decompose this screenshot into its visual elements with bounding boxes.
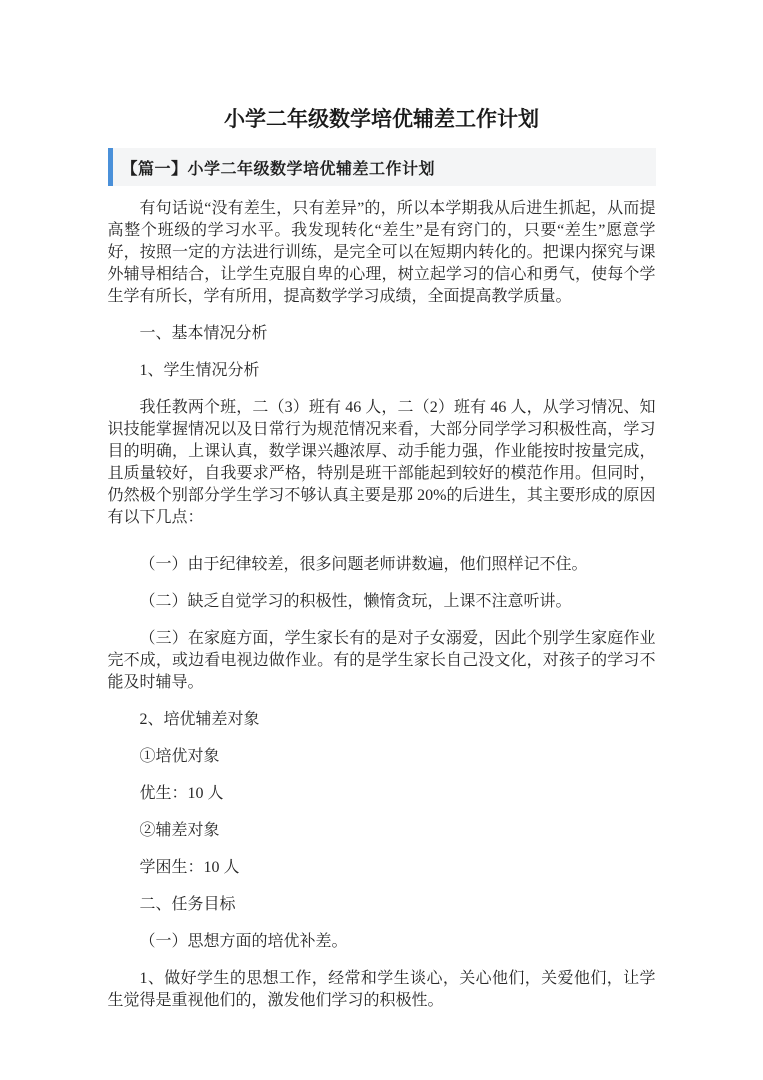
- paragraph: （三）在家庭方面，学生家长有的是对子女溺爱，因此个别学生家庭作业完不成，或边看电…: [108, 628, 656, 694]
- paragraph: 一、基本情况分析: [108, 323, 656, 345]
- blank-line: [108, 544, 656, 554]
- paragraph: 有句话说“没有差生，只有差异”的，所以本学期我从后进生抓起，从而提高整个班级的学…: [108, 198, 656, 308]
- paragraph: （一）思想方面的培优补差。: [108, 931, 656, 953]
- paragraph: 二、任务目标: [108, 894, 656, 916]
- paragraph: ②辅差对象: [108, 820, 656, 842]
- paragraph: ①培优对象: [108, 746, 656, 768]
- paragraph: （二）缺乏自觉学习的积极性，懒惰贪玩，上课不注意听讲。: [108, 591, 656, 613]
- paragraph: 我任教两个班，二（3）班有 46 人，二（2）班有 46 人，从学习情况、知识技…: [108, 397, 656, 529]
- paragraph: （一）由于纪律较差，很多问题老师讲数遍，他们照样记不住。: [108, 554, 656, 576]
- paragraph: 1、学生情况分析: [108, 360, 656, 382]
- paragraph: 学困生：10 人: [108, 857, 656, 879]
- paragraph: 优生：10 人: [108, 783, 656, 805]
- paragraph: 1、做好学生的思想工作，经常和学生谈心，关心他们，关爱他们，让学生觉得是重视他们…: [108, 968, 656, 1012]
- document-body: 有句话说“没有差生，只有差异”的，所以本学期我从后进生抓起，从而提高整个班级的学…: [108, 186, 656, 1012]
- section-header-label: 【篇一】小学二年级数学培优辅差工作计划: [122, 156, 436, 179]
- page-title: 小学二年级数学培优辅差工作计划: [108, 106, 656, 132]
- document-page: 小学二年级数学培优辅差工作计划 【篇一】小学二年级数学培优辅差工作计划 有句话说…: [108, 0, 656, 1012]
- section-header: 【篇一】小学二年级数学培优辅差工作计划: [108, 148, 656, 186]
- paragraph: 2、培优辅差对象: [108, 709, 656, 731]
